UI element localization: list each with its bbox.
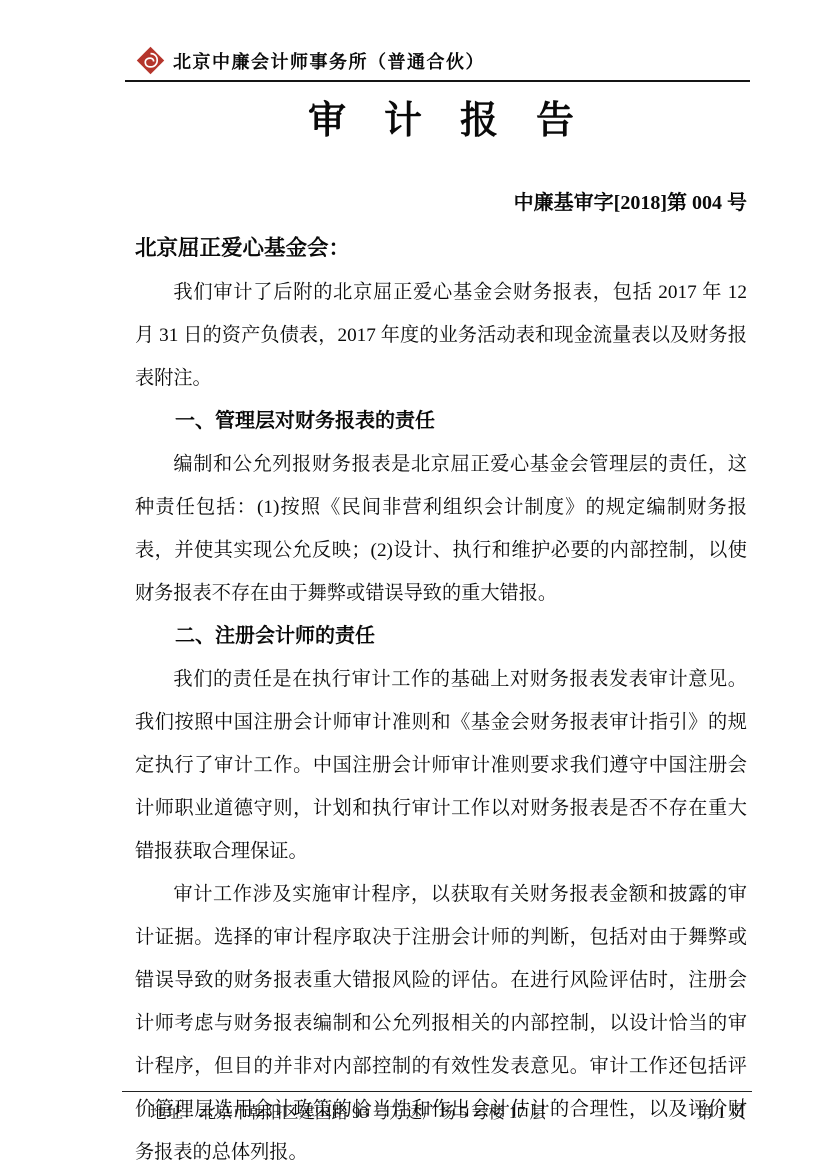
- letterhead: 北京中廉会计师事务所（普通合伙）: [125, 0, 750, 82]
- firm-logo-icon: [135, 45, 166, 76]
- audit-report-page: 北京中廉会计师事务所（普通合伙） 审 计 报 告 中廉基审字[2018]第 00…: [0, 0, 826, 1169]
- firm-name: 北京中廉会计师事务所（普通合伙）: [173, 48, 485, 74]
- document-body: 我们审计了后附的北京屈正爱心基金会财务报表，包括 2017 年 12 月 31 …: [135, 271, 747, 1169]
- body-paragraph: 审计工作涉及实施审计程序，以获取有关财务报表金额和披露的审计证据。选择的审计程序…: [135, 873, 747, 1169]
- page-title: 审 计 报 告: [135, 98, 747, 146]
- footer-address: 地址：北京市朝阳区建国路 93 号万达广场 5 号楼 17 层: [122, 1099, 546, 1123]
- section-heading: 二、注册会计师的责任: [135, 615, 747, 658]
- body-paragraph: 编制和公允列报财务报表是北京屈正爱心基金会管理层的责任，这种责任包括：(1)按照…: [135, 443, 747, 615]
- document-content: 审 计 报 告 中廉基审字[2018]第 004 号 北京屈正爱心基金会： 我们…: [135, 98, 747, 1169]
- footer-page-number: 第 1 页: [697, 1099, 753, 1123]
- body-paragraph: 我们的责任是在执行审计工作的基础上对财务报表发表审计意见。我们按照中国注册会计师…: [135, 658, 747, 873]
- page-footer: 地址：北京市朝阳区建国路 93 号万达广场 5 号楼 17 层 第 1 页: [122, 1091, 752, 1123]
- section-heading: 一、管理层对财务报表的责任: [135, 400, 747, 443]
- reference-number: 中廉基审字[2018]第 004 号: [135, 190, 747, 217]
- body-paragraph: 我们审计了后附的北京屈正爱心基金会财务报表，包括 2017 年 12 月 31 …: [135, 271, 747, 400]
- addressee-line: 北京屈正爱心基金会：: [135, 233, 747, 263]
